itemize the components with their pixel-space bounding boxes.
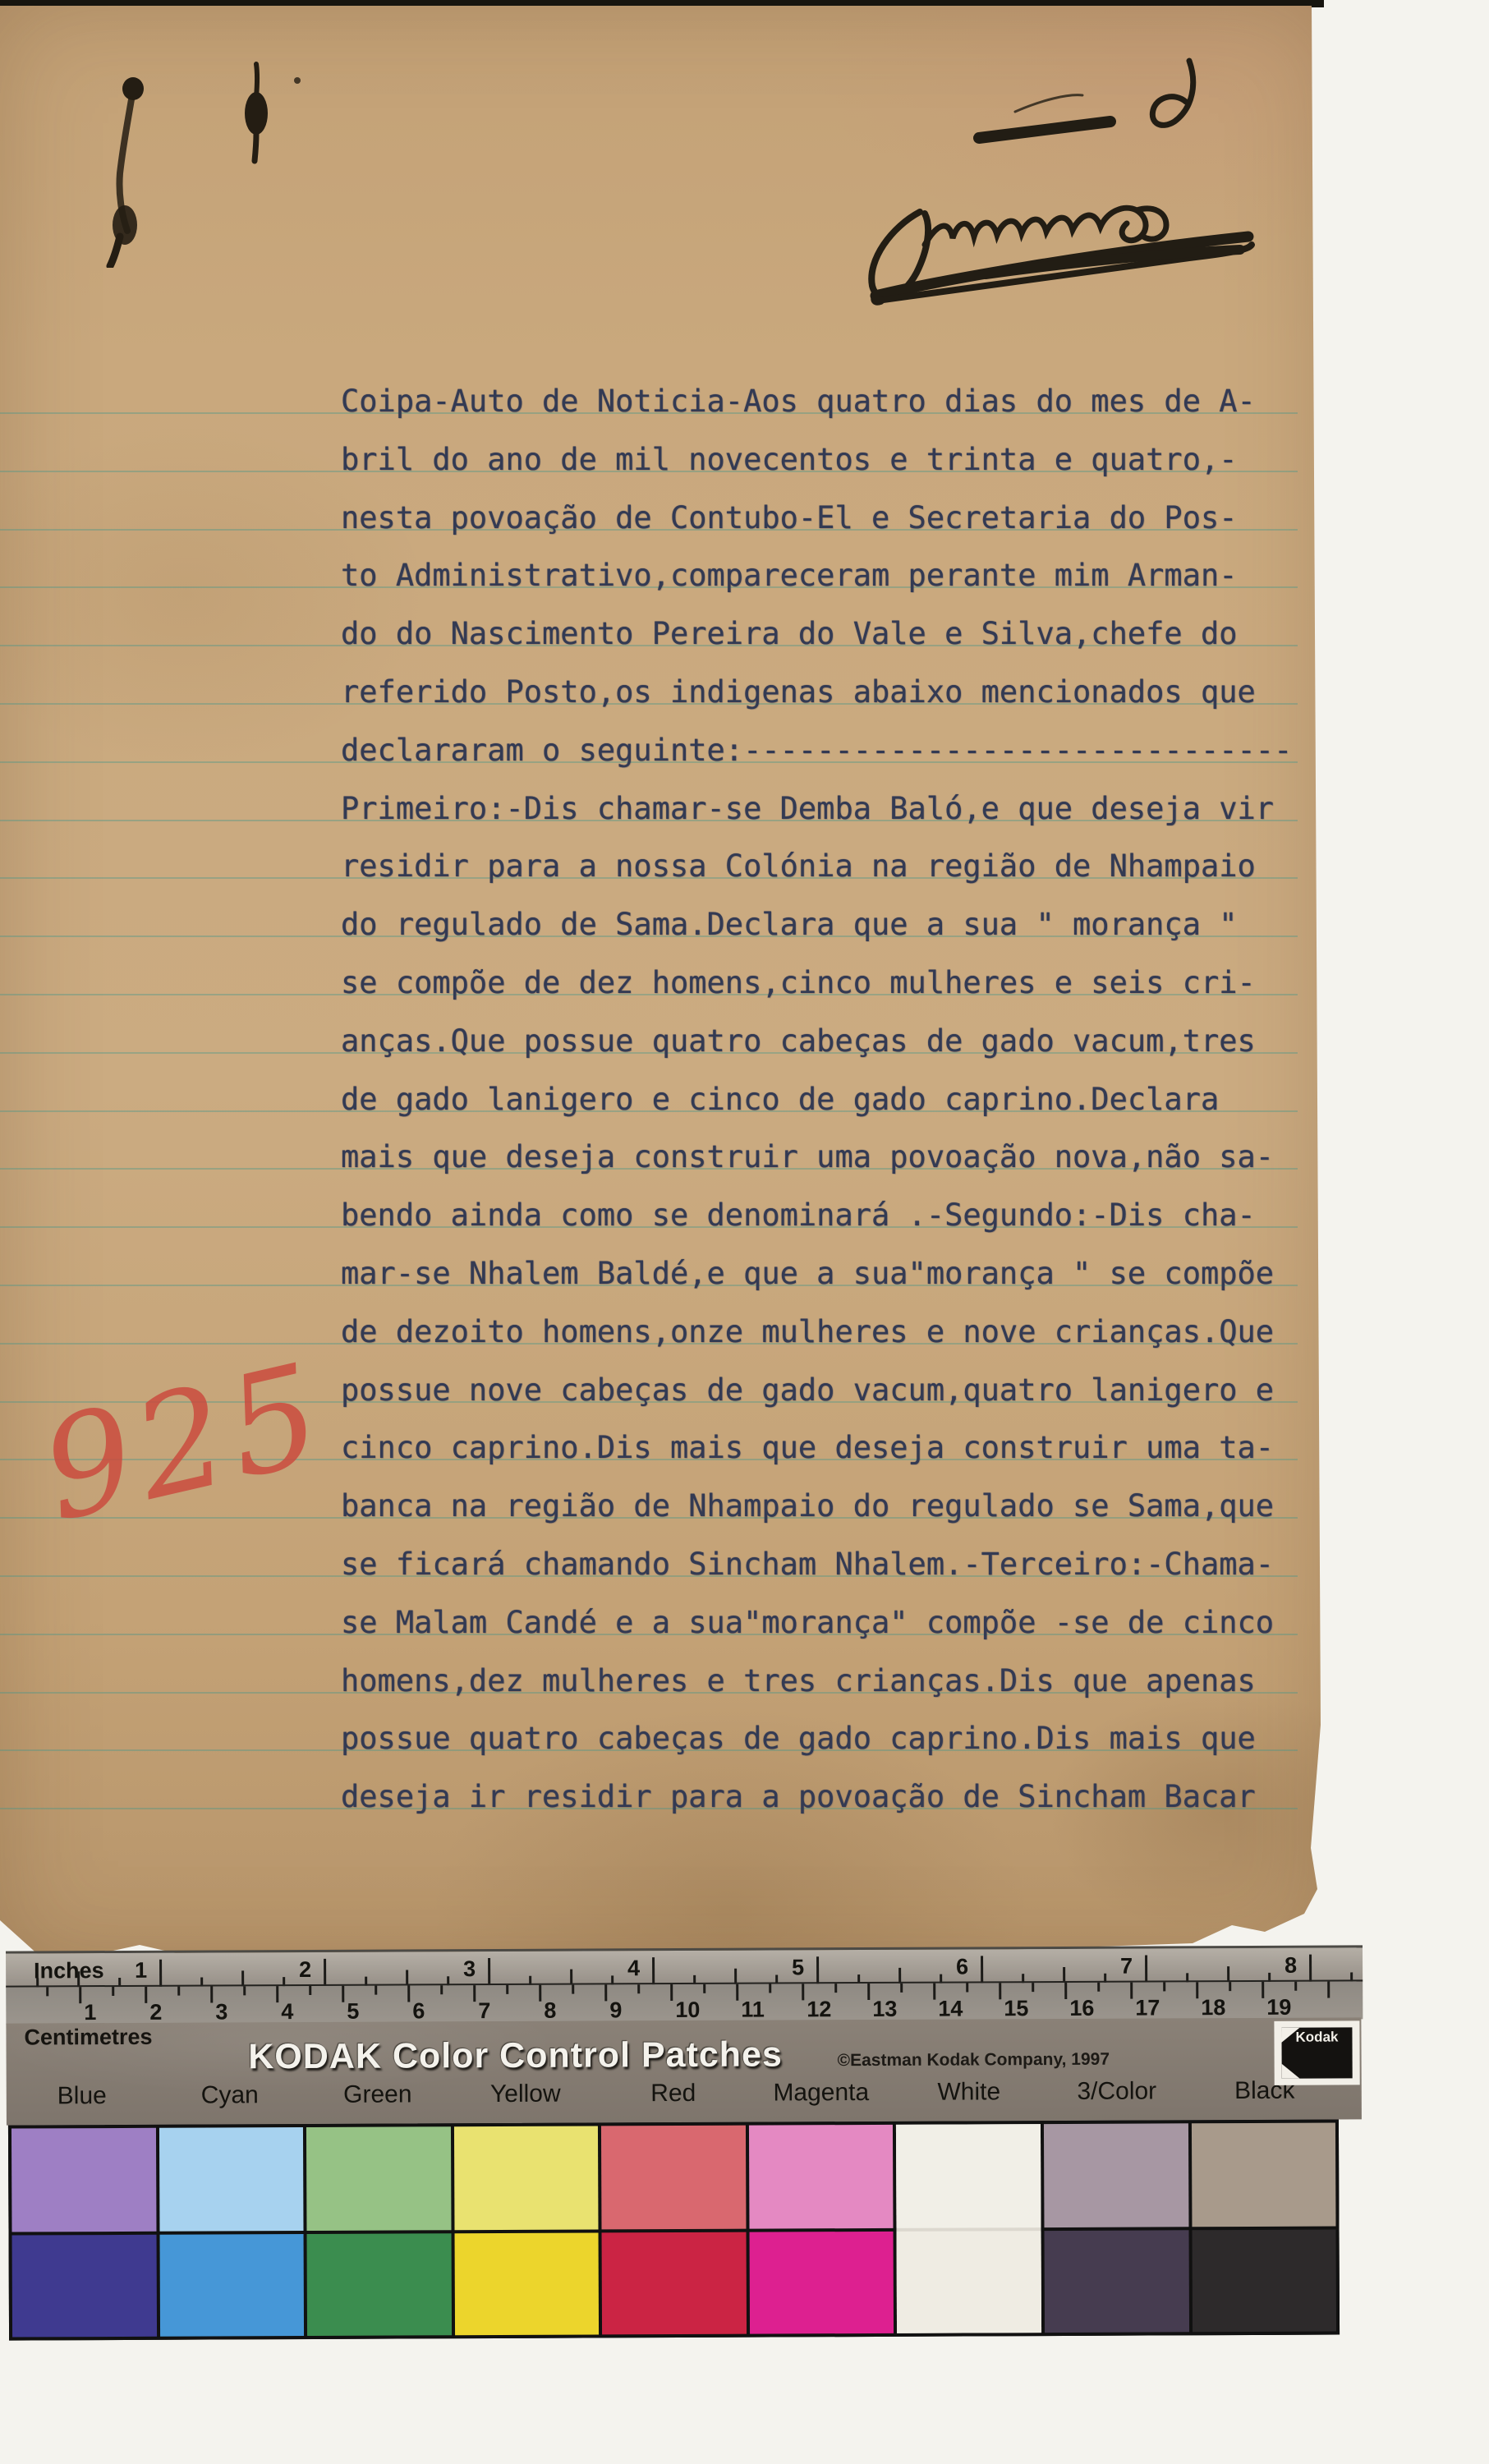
color-patch [1192, 2230, 1336, 2333]
ruler-tick [933, 1984, 935, 2000]
ruler-tick [159, 1960, 162, 1988]
ruler-tick [1196, 1982, 1198, 1998]
ruler-tick [210, 1986, 213, 2002]
cm-number: 19 [1266, 1995, 1291, 2020]
ruler-tick [1097, 1983, 1100, 1992]
ruler-tick [604, 1984, 607, 2001]
ruler-tick [506, 1985, 508, 1994]
inch-number: 4 [627, 1956, 640, 1981]
ruler-tick [1309, 1955, 1312, 1983]
ruler-tick [981, 1956, 983, 1984]
centimetres-label: Centimetres [24, 2025, 152, 2051]
ruler-tick [309, 1986, 311, 1995]
cm-number: 3 [215, 1999, 227, 2025]
ruler-tick [652, 1957, 655, 1985]
kodak-logo-wedge-icon [1282, 2064, 1300, 2079]
cm-number: 1 [84, 2000, 96, 2025]
cm-number: 5 [347, 1999, 359, 2025]
color-patch [1191, 2123, 1335, 2227]
ruler-tick [375, 1986, 377, 1995]
cm-number: 2 [149, 2000, 162, 2025]
ruler-tick [488, 1958, 490, 1986]
ruler-tick [834, 1984, 837, 1993]
cm-number: 15 [1004, 1996, 1028, 2021]
ruler-tick [440, 1985, 443, 1994]
ruler-tick [539, 1985, 541, 2002]
cm-number: 17 [1135, 1995, 1160, 2020]
ruler-tick [46, 1987, 48, 1996]
inch-number: 7 [1120, 1954, 1133, 1979]
cm-number: 9 [609, 1997, 622, 2023]
patch-column [159, 2127, 305, 2337]
cm-number: 12 [807, 1997, 831, 2022]
cm-number: 4 [281, 1999, 293, 2025]
ruler-tick [966, 1983, 968, 1992]
ruler-tick [999, 1983, 1001, 1999]
color-patch [12, 2235, 157, 2338]
patch-label: Magenta [773, 2079, 869, 2108]
color-patch [159, 2234, 304, 2337]
cm-number: 8 [544, 1998, 556, 2024]
ruler-tick [769, 1984, 771, 1993]
ruler-tick [816, 1956, 819, 1984]
cm-number: 14 [938, 1997, 963, 2022]
kodak-logo-text: Kodak [1281, 2029, 1352, 2045]
calibration-target-group: Inches 12345678 123456789101112131415161… [0, 0, 1489, 2464]
color-patch [1044, 2230, 1188, 2333]
cm-number: 11 [741, 1997, 765, 2023]
patch-label: 3/Color [1077, 2077, 1156, 2105]
kodak-title: KODAK Color Control Patches [203, 2034, 827, 2077]
inch-number: 1 [135, 1958, 147, 1984]
patch-column [454, 2126, 600, 2335]
ruler-tick [1064, 1983, 1067, 1999]
color-patch [897, 2231, 1041, 2333]
color-patch [1044, 2123, 1188, 2227]
cm-number: 18 [1201, 1995, 1225, 2020]
color-patch [306, 2126, 451, 2231]
ruler-tick [1145, 1956, 1147, 1984]
color-patch-grid [8, 2120, 1340, 2341]
cm-number: 7 [478, 1998, 490, 2024]
cm-number: 10 [675, 1997, 700, 2023]
color-patch [454, 2126, 599, 2230]
inch-number: 2 [299, 1957, 311, 1983]
inch-number: 3 [463, 1956, 476, 1982]
patch-column [11, 2128, 157, 2338]
ruler-tick [670, 1984, 673, 2001]
inch-number: 6 [956, 1954, 968, 1979]
color-patch [602, 2232, 747, 2335]
inch-number: 5 [792, 1955, 804, 1980]
patch-column [1191, 2123, 1336, 2333]
ruler-tick [145, 1987, 147, 2003]
patch-label: Yellow [490, 2080, 561, 2108]
ruler-tick [637, 1984, 640, 1993]
ruler-tick [324, 1959, 326, 1987]
cm-number: 16 [1069, 1996, 1094, 2021]
ruler-tick [342, 1986, 344, 2002]
cm-number: 6 [412, 1998, 425, 2024]
ruler-tick [736, 1984, 738, 2001]
ruler-tick [473, 1985, 476, 2002]
ruler-tick [703, 1984, 705, 1993]
ruler-tick [1294, 1982, 1297, 1991]
kodak-header-bar: Centimetres KODAK Color Control Patches … [6, 2017, 1362, 2125]
patch-column [306, 2126, 452, 2336]
inches-label: Inches [34, 1958, 104, 1984]
kodak-logo-mark: Kodak [1281, 2027, 1352, 2078]
kodak-logo: Kodak [1274, 2020, 1359, 2085]
ruler-tick [407, 1985, 410, 2002]
inch-ticks: 12345678 [6, 1947, 1363, 1953]
color-patch [601, 2126, 746, 2230]
inch-number: 8 [1284, 1953, 1297, 1979]
color-patch [307, 2233, 452, 2336]
color-patch [454, 2232, 599, 2335]
ruler-tick [572, 1985, 574, 1994]
patch-label: Blue [57, 2082, 107, 2110]
patch-labels-row: BlueCyanGreenYellowRedMagentaWhite3/Colo… [7, 2076, 1362, 2115]
patch-label: White [937, 2078, 1000, 2106]
color-patch [159, 2127, 304, 2232]
ruler-tick [1262, 1982, 1264, 1998]
color-patch [11, 2128, 156, 2232]
ruler-tick [1032, 1983, 1034, 1992]
ruler-tick [802, 1984, 804, 2000]
ruler-tick [900, 1984, 903, 1993]
cm-number: 13 [872, 1997, 897, 2022]
ruler-tick [1163, 1982, 1165, 1991]
ruler-tick [1327, 1982, 1330, 1998]
patch-column [1044, 2123, 1189, 2333]
patch-column [749, 2125, 894, 2334]
patch-label: Green [343, 2080, 412, 2108]
patch-label: Red [650, 2080, 696, 2108]
ruler-tick [243, 1986, 246, 1995]
ruler-tick [276, 1986, 278, 2002]
kodak-copyright: ©Eastman Kodak Company, 1997 [838, 2050, 1110, 2071]
ruler-tick [177, 1987, 180, 1996]
ruler-tick [112, 1987, 114, 1996]
ruler-tick [79, 1987, 81, 2003]
color-patch [749, 2232, 894, 2334]
patch-column [601, 2126, 747, 2335]
color-patch [896, 2124, 1041, 2228]
patch-column [896, 2124, 1041, 2333]
ruler-tick [867, 1984, 870, 2000]
ruler-tick [1229, 1982, 1231, 1991]
ruler-tick [1130, 1983, 1133, 1999]
patch-label: Cyan [201, 2081, 259, 2109]
color-patch [749, 2125, 894, 2229]
